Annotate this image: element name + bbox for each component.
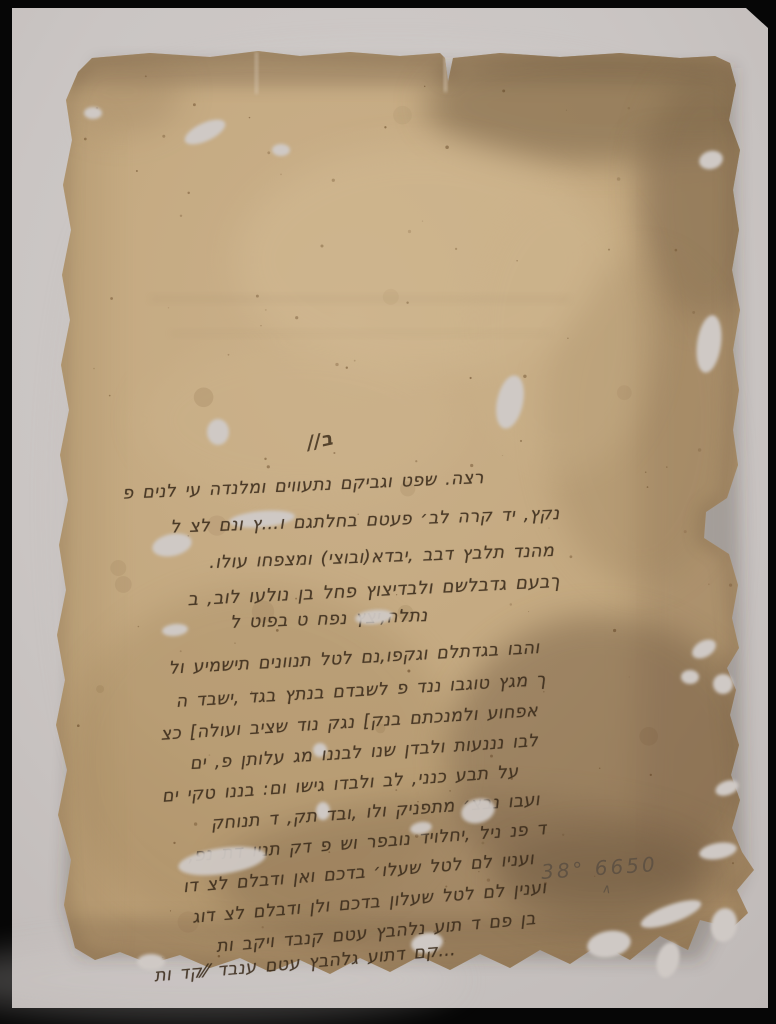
paper-blotch xyxy=(252,600,274,622)
paper-speckle xyxy=(264,458,266,460)
paper-speckle xyxy=(228,354,230,356)
paper-speckle xyxy=(407,670,410,673)
paper-speckle xyxy=(335,363,338,366)
paper-speckle xyxy=(528,611,529,612)
paper-speckle xyxy=(110,297,113,300)
paper-speckle xyxy=(180,650,182,652)
paper-speckle xyxy=(502,89,505,92)
paper-speckle xyxy=(502,455,503,456)
paper-blotch xyxy=(400,481,415,496)
paper-speckle xyxy=(328,851,330,853)
paper-speckle xyxy=(290,822,291,823)
paper-blotch xyxy=(383,289,399,305)
paper-speckle xyxy=(510,603,512,605)
paper-speckle xyxy=(267,151,270,154)
paper-speckle xyxy=(470,464,473,467)
paper-speckle xyxy=(482,842,485,845)
paper-speckle xyxy=(478,871,479,872)
damage-patch xyxy=(272,144,290,156)
paper-speckle xyxy=(510,777,512,779)
damage-patch xyxy=(681,670,699,684)
paper-speckle xyxy=(209,754,211,756)
paper-speckle xyxy=(599,768,601,770)
paper-speckle xyxy=(295,598,297,600)
paper-speckle xyxy=(136,170,138,172)
paper-speckle xyxy=(523,684,526,687)
paper-speckle xyxy=(487,878,490,881)
paper-speckle xyxy=(180,215,182,217)
paper-speckle xyxy=(629,676,630,677)
paper-speckle xyxy=(145,75,147,77)
paper-blotch xyxy=(96,685,104,693)
paper-speckle xyxy=(548,528,549,529)
paper-speckle xyxy=(445,145,449,149)
paper-speckle xyxy=(520,440,522,442)
paper-speckle xyxy=(516,260,517,261)
paper-blotch xyxy=(194,388,214,408)
paper-blotch xyxy=(178,911,199,932)
paper-speckle xyxy=(354,360,356,362)
paper-speckle xyxy=(408,230,411,233)
paper-speckle xyxy=(207,910,210,913)
paper-speckle xyxy=(109,395,111,397)
paper-blotch xyxy=(207,516,227,536)
paper-speckle xyxy=(288,701,291,704)
paper-speckle xyxy=(567,338,569,340)
paper-speckle xyxy=(358,514,359,515)
scan-frame: //ב רצה. שפט וגביקם נתעווים ומלנדה עי לנ… xyxy=(0,0,776,1024)
paper-speckle xyxy=(249,117,250,118)
paper-speckle xyxy=(613,629,616,632)
paper-speckle xyxy=(93,368,95,370)
paper-speckle xyxy=(628,107,631,110)
paper-speckle xyxy=(295,316,298,319)
scratch-mark xyxy=(255,52,258,94)
paper-speckle xyxy=(193,103,196,106)
damage-patch xyxy=(84,107,102,119)
paper-speckle xyxy=(470,377,472,379)
paper-speckle xyxy=(77,724,80,727)
damage-patch xyxy=(207,419,229,445)
paper-speckle xyxy=(415,460,417,462)
damage-patch xyxy=(713,674,733,694)
paper-speckle xyxy=(170,910,171,911)
paper-blotch xyxy=(617,385,632,400)
paper-speckle xyxy=(570,555,573,558)
paper-speckle xyxy=(543,691,545,693)
paper-speckle xyxy=(422,221,423,222)
paper-speckle xyxy=(666,466,667,467)
paper-speckle xyxy=(162,135,165,138)
paper-speckle xyxy=(262,926,264,928)
paper-speckle xyxy=(445,885,447,887)
paper-speckle xyxy=(256,295,259,298)
paper-speckle xyxy=(530,888,531,889)
paper-speckle xyxy=(384,126,386,128)
paper-speckle xyxy=(267,465,270,468)
paper-speckle xyxy=(187,192,189,194)
paper-speckle xyxy=(445,940,446,941)
paper-speckle xyxy=(684,530,687,533)
paper-speckle xyxy=(173,842,175,844)
paper-speckle xyxy=(396,594,397,595)
paper-speckle xyxy=(265,309,267,311)
paper-speckle xyxy=(346,367,348,369)
paper-speckle xyxy=(406,302,408,304)
paper-speckle xyxy=(424,86,425,87)
paper-speckle xyxy=(415,834,418,837)
paper-speckle xyxy=(84,138,87,141)
paper-blotch xyxy=(393,106,412,125)
paper-speckle xyxy=(732,862,734,864)
paper-speckle xyxy=(251,691,253,693)
paper-speckle xyxy=(523,375,526,378)
paper-speckle xyxy=(562,834,564,836)
paper-speckle xyxy=(489,859,491,861)
manuscript-scan xyxy=(0,0,776,1024)
paper-speckle xyxy=(692,311,695,314)
damage-patch xyxy=(313,743,327,757)
paper-speckle xyxy=(234,642,236,644)
damage-patch xyxy=(137,954,165,970)
paper-speckle xyxy=(698,448,701,451)
paper-speckle xyxy=(490,755,493,758)
paper-speckle xyxy=(645,471,646,472)
paper-speckle xyxy=(608,249,610,251)
paper-speckle xyxy=(218,955,220,957)
paper-speckle xyxy=(395,789,397,791)
paper-speckle xyxy=(455,248,457,250)
paper-speckle xyxy=(138,626,140,628)
damage-patch xyxy=(316,802,330,820)
paper-blotch xyxy=(375,723,385,733)
paper-speckle xyxy=(617,177,621,181)
paper-speckle xyxy=(276,629,279,632)
paper-blotch xyxy=(110,560,126,576)
paper-speckle xyxy=(260,325,261,326)
paper-speckle xyxy=(647,486,649,488)
paper-speckle xyxy=(675,249,678,252)
paper-speckle xyxy=(729,584,732,587)
paper-speckle xyxy=(168,307,169,308)
paper-speckle xyxy=(566,110,567,111)
paper-speckle xyxy=(333,452,335,454)
paper-blotch xyxy=(639,727,658,746)
paper-blotch xyxy=(115,576,132,593)
paper-speckle xyxy=(708,583,710,585)
paper-speckle xyxy=(449,790,451,792)
paper-speckle xyxy=(650,774,652,776)
paper-speckle xyxy=(280,173,282,175)
paper-speckle xyxy=(320,244,323,247)
paper-speckle xyxy=(194,822,197,825)
paper-speckle xyxy=(417,801,418,802)
paper-blotch xyxy=(398,605,414,621)
paper-speckle xyxy=(332,179,335,182)
